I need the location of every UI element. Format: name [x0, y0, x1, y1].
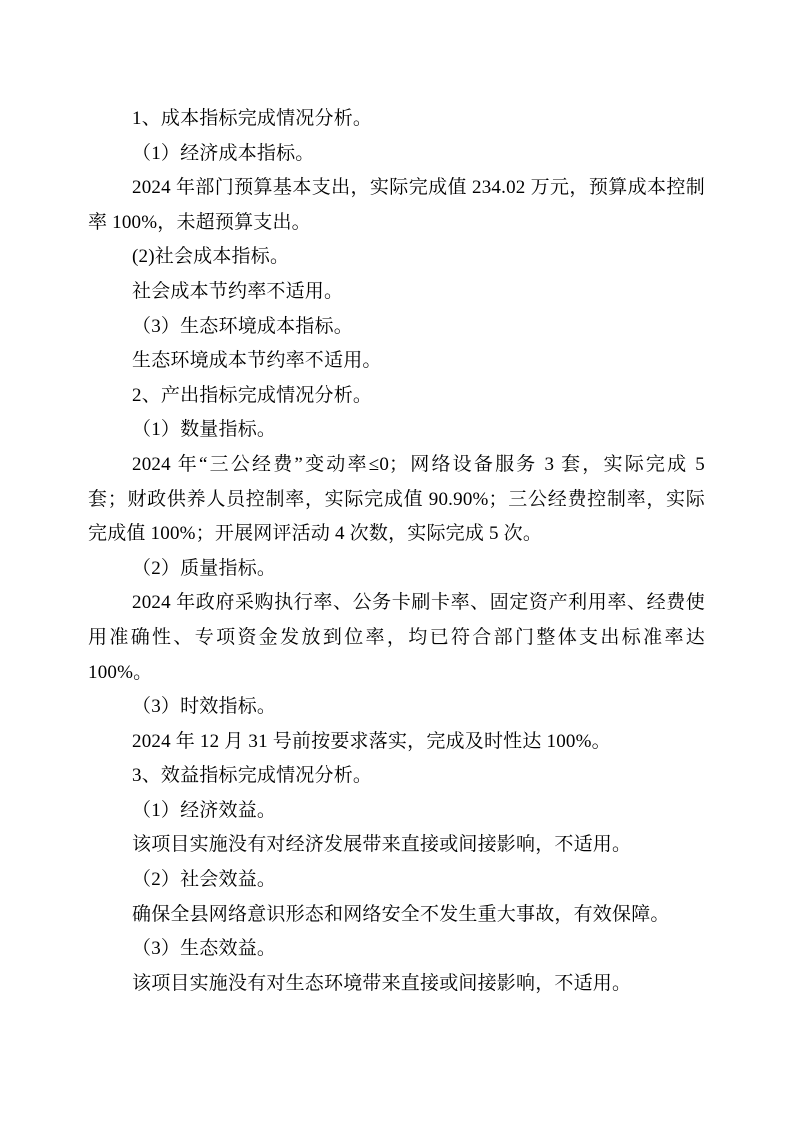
- paragraph-body-paragraph: 2024 年“三公经费”变动率≤0；网络设备服务 3 套，实际完成 5套；财政供…: [88, 448, 705, 552]
- paragraph-body-paragraph: 该项目实施没有对生态环境带来直接或间接影响，不适用。: [88, 967, 705, 1002]
- document-page: 1、成本指标完成情况分析。（1）经济成本指标。2024 年部门预算基本支出，实际…: [0, 0, 793, 1122]
- paragraph-body-paragraph: 2024 年部门预算基本支出，实际完成值 234.02 万元，预算成本控制率 1…: [88, 171, 705, 240]
- document-line: 该项目实施没有对经济发展带来直接或间接影响，不适用。: [88, 828, 705, 863]
- paragraph-sub-heading: （3）生态环境成本指标。: [88, 310, 705, 345]
- paragraph-sub-heading: （1）经济效益。: [88, 794, 705, 829]
- document-line: （3）时效指标。: [88, 690, 705, 725]
- paragraph-body-paragraph: 该项目实施没有对经济发展带来直接或间接影响，不适用。: [88, 828, 705, 863]
- document-line: （1）经济效益。: [88, 794, 705, 829]
- document-line: 社会成本节约率不适用。: [88, 275, 705, 310]
- paragraph-sub-heading: （3）时效指标。: [88, 690, 705, 725]
- paragraph-sub-heading: （3）生态效益。: [88, 932, 705, 967]
- paragraph-numbered-heading: 3、效益指标完成情况分析。: [88, 759, 705, 794]
- paragraph-body-paragraph: 生态环境成本节约率不适用。: [88, 344, 705, 379]
- document-line: 1、成本指标完成情况分析。: [88, 102, 705, 137]
- document-body: 1、成本指标完成情况分析。（1）经济成本指标。2024 年部门预算基本支出，实际…: [88, 102, 705, 1001]
- document-line: 2024 年部门预算基本支出，实际完成值 234.02 万元，预算成本控制: [88, 171, 705, 206]
- document-line: 生态环境成本节约率不适用。: [88, 344, 705, 379]
- paragraph-numbered-heading: 2、产出指标完成情况分析。: [88, 379, 705, 414]
- document-line: 完成值 100%；开展网评活动 4 次数，实际完成 5 次。: [88, 517, 705, 552]
- document-line: 2、产出指标完成情况分析。: [88, 379, 705, 414]
- document-line: （2）社会效益。: [88, 863, 705, 898]
- paragraph-body-paragraph: 2024 年 12 月 31 号前按要求落实，完成及时性达 100%。: [88, 725, 705, 760]
- document-line: 100%。: [88, 656, 705, 691]
- paragraph-sub-heading: （2）社会效益。: [88, 863, 705, 898]
- document-line: 2024 年 12 月 31 号前按要求落实，完成及时性达 100%。: [88, 725, 705, 760]
- document-line: (2)社会成本指标。: [88, 240, 705, 275]
- document-line: 套；财政供养人员控制率，实际完成值 90.90%；三公经费控制率，实际: [88, 483, 705, 518]
- document-line: （3）生态环境成本指标。: [88, 310, 705, 345]
- paragraph-sub-heading: （1）数量指标。: [88, 413, 705, 448]
- document-line: 确保全县网络意识形态和网络安全不发生重大事故，有效保障。: [88, 898, 705, 933]
- document-line: （2）质量指标。: [88, 552, 705, 587]
- document-line: 2024 年政府采购执行率、公务卡刷卡率、固定资产利用率、经费使: [88, 586, 705, 621]
- document-line: 2024 年“三公经费”变动率≤0；网络设备服务 3 套，实际完成 5: [88, 448, 705, 483]
- document-line: 率 100%，未超预算支出。: [88, 206, 705, 241]
- document-line: 用准确性、专项资金发放到位率，均已符合部门整体支出标准率达: [88, 621, 705, 656]
- paragraph-sub-heading: （1）经济成本指标。: [88, 137, 705, 172]
- document-line: （1）数量指标。: [88, 413, 705, 448]
- paragraph-sub-heading: （2）质量指标。: [88, 552, 705, 587]
- paragraph-body-paragraph: 社会成本节约率不适用。: [88, 275, 705, 310]
- paragraph-body-paragraph: 确保全县网络意识形态和网络安全不发生重大事故，有效保障。: [88, 898, 705, 933]
- document-line: （3）生态效益。: [88, 932, 705, 967]
- paragraph-numbered-heading: 1、成本指标完成情况分析。: [88, 102, 705, 137]
- document-line: 3、效益指标完成情况分析。: [88, 759, 705, 794]
- paragraph-body-paragraph: 2024 年政府采购执行率、公务卡刷卡率、固定资产利用率、经费使用准确性、专项资…: [88, 586, 705, 690]
- document-line: （1）经济成本指标。: [88, 137, 705, 172]
- paragraph-sub-heading: (2)社会成本指标。: [88, 240, 705, 275]
- document-line: 该项目实施没有对生态环境带来直接或间接影响，不适用。: [88, 967, 705, 1002]
